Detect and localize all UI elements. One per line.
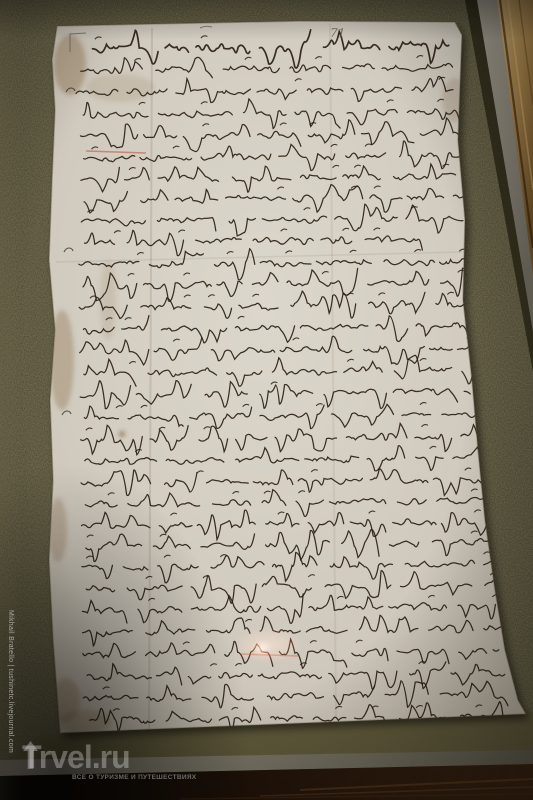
watermark-tagline: ВСЕ О ТУРИЗМЕ И ПУТЕШЕСТВИЯХ	[72, 774, 196, 781]
up-arrow-icon	[23, 741, 38, 771]
page-number: 71	[330, 26, 346, 41]
photo-of-manuscript-display: 71 Tr vel.ru ВСЕ О ТУРИЗМЕ И ПУТЕШЕСТВИЯ…	[0, 0, 533, 800]
manuscript-paper	[49, 21, 526, 733]
watermark-brand-suffix: vel.ru	[50, 741, 129, 773]
scene	[0, 0, 533, 800]
laser-pointer-glow	[234, 627, 302, 663]
photographer-credit: Mikhail Bratello | tushinetc.livejournal…	[7, 610, 14, 753]
travel-ru-watermark: Tr vel.ru	[22, 741, 130, 773]
